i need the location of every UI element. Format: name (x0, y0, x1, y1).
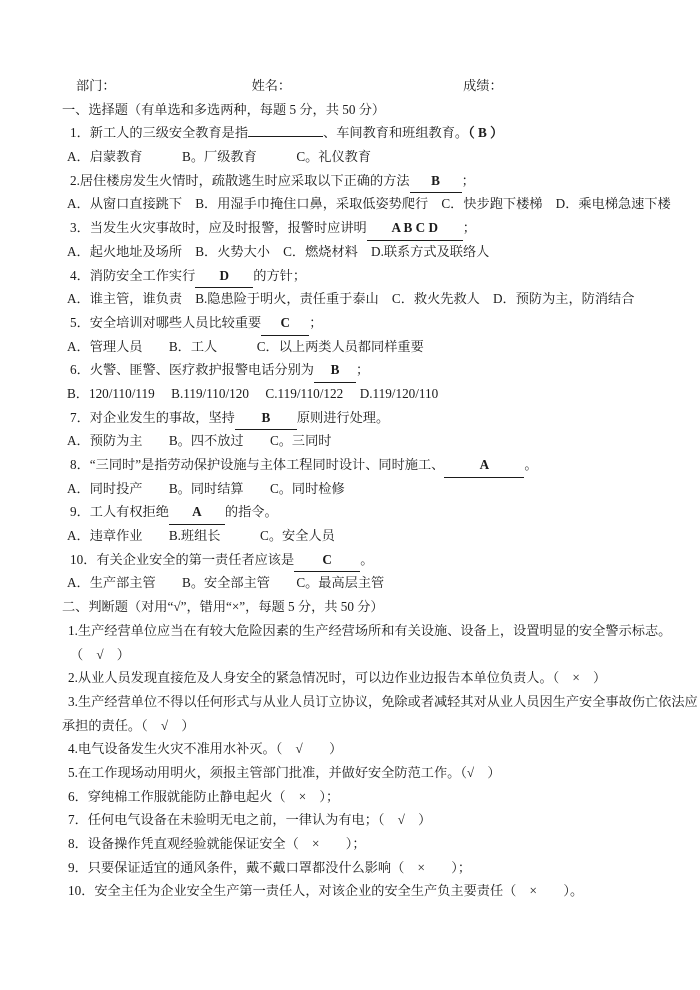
choice-question-4: 4．消防安全工作实行D的方针； (62, 264, 668, 288)
choice-question-4-answer-blank: D (195, 264, 253, 289)
question-text: 10．有关企业安全的第一责任者应该是 (70, 552, 294, 567)
choice-question-9-answer-blank: A (169, 500, 225, 525)
choice-question-10-options: A．生产部主管 B。安全部主管 C。最高层主管 (62, 571, 668, 595)
question-text-post: ； (309, 315, 322, 330)
exam-document: 部门：姓名：成绩： 一、选择题（有单选和多选两种，每题 5 分，共 50 分） … (62, 74, 668, 903)
judgment-question-4: 4.电气设备发生火灾不准用水补灭。（ √ ） (62, 737, 668, 761)
choice-question-3: 3．当发生火灾事故时，应及时报警，报警时应讲明A B C D； (62, 216, 668, 240)
question-text: 4．消防安全工作实行 (70, 268, 195, 283)
section2-title: 二、判断题（对用“√”，错用“×”，每题 5 分，共 50 分） (62, 595, 668, 619)
choice-question-10-answer-blank: C (294, 548, 360, 573)
judgment-question-3-cont: 承担的责任。（ √ ） (62, 714, 668, 738)
choice-question-6-answer-blank: B (314, 358, 356, 383)
choice-question-10: 10．有关企业安全的第一责任者应该是C。 (62, 548, 668, 572)
choice-question-1-answer: （ B ） (468, 125, 503, 140)
choice-question-1-options: A．启蒙教育 B。厂级教育 C。礼仪教育 (62, 145, 668, 169)
judgment-question-9: 9．只要保证适宜的通风条件，戴不戴口罩都没什么影响（ × ）； (62, 856, 668, 880)
question-text-post: 。 (360, 552, 373, 567)
question-text-post: 的指令。 (225, 504, 278, 519)
choice-question-8-answer-blank: A (444, 453, 524, 478)
choice-question-9-options: A．违章作业 B.班组长 C。安全人员 (62, 524, 668, 548)
choice-question-1: 1．新工人的三级安全教育是指、车间教育和班组教育。（ B ） (62, 121, 668, 145)
question-text-post: ； (463, 220, 476, 235)
choice-question-5-answer-blank: C (261, 311, 309, 336)
question-text-post: 的方针； (253, 268, 306, 283)
question-text: 2.居住楼房发生火情时，疏散逃生时应采取以下正确的方法 (70, 173, 410, 188)
choice-question-7-options: A．预防为主 B。四不放过 C。三同时 (62, 429, 668, 453)
judgment-question-6: 6．穿纯棉工作服就能防止静电起火（ × ）； (62, 785, 668, 809)
question-text: 3．当发生火灾事故时，应及时报警，报警时应讲明 (70, 220, 367, 235)
choice-question-3-answer-blank: A B C D (367, 216, 463, 241)
choice-question-2-answer-blank: B (410, 169, 462, 194)
department-label: 部门： (76, 74, 116, 98)
question-text-post: ； (356, 362, 369, 377)
choice-question-9: 9．工人有权拒绝A的指令。 (62, 500, 668, 524)
question-text: 5．安全培训对哪些人员比较重要 (70, 315, 261, 330)
judgment-question-5: 5.在工作现场动用明火，须报主管部门批准，并做好安全防范工作。（√ ） (62, 761, 668, 785)
question-text-post: 原则进行处理。 (297, 410, 389, 425)
choice-question-1-answer-blank (248, 136, 323, 137)
choice-question-7-answer-blank: B (235, 406, 297, 431)
judgment-question-3: 3.生产经营单位不得以任何形式与从业人员订立协议，免除或者减轻其对从业人员因生产… (62, 690, 668, 714)
question-text: 8．“三同时”是指劳动保护设施与主体工程同时设计、同时施工、 (70, 457, 444, 472)
question-text: 1．新工人的三级安全教育是指 (70, 125, 248, 140)
question-text: 6．火警、匪警、医疗救护报警电话分别为 (70, 362, 314, 377)
section1-title: 一、选择题（有单选和多选两种，每题 5 分，共 50 分） (62, 98, 668, 122)
question-text: 9．工人有权拒绝 (70, 504, 169, 519)
choice-question-6-options: B．120/110/119 B.119/110/120 C.119/110/12… (62, 382, 668, 406)
choice-question-3-options: A．起火地址及场所 B．火势大小 C．燃烧材料 D.联系方式及联络人 (62, 240, 668, 264)
judgment-question-2: 2.从业人员发现直接危及人身安全的紧急情况时，可以边作业边报告本单位负责人。（ … (62, 666, 668, 690)
judgment-question-8: 8．设备操作凭直观经验就能保证安全（ × ）； (62, 832, 668, 856)
judgment-question-10: 10．安全主任为企业安全生产第一责任人，对该企业的安全生产负主要责任（ × ）。 (62, 879, 668, 903)
question-text-post: ； (462, 173, 475, 188)
choice-question-4-options: A．谁主管，谁负责 B.隐患险于明火，责任重于泰山 C．救火先救人 D．预防为主… (62, 287, 668, 311)
document-header: 部门：姓名：成绩： (62, 74, 668, 98)
name-label: 姓名： (252, 74, 292, 98)
judgment-question-1: 1.生产经营单位应当在有较大危险因素的生产经营场所和有关设施、设备上，设置明显的… (62, 619, 668, 643)
choice-question-7: 7．对企业发生的事故，坚持B原则进行处理。 (62, 406, 668, 430)
question-text: 7．对企业发生的事故，坚持 (70, 410, 235, 425)
choice-question-8-options: A．同时投产 B。同时结算 C。同时检修 (62, 477, 668, 501)
choice-question-8: 8．“三同时”是指劳动保护设施与主体工程同时设计、同时施工、A。 (62, 453, 668, 477)
choice-question-5: 5．安全培训对哪些人员比较重要C； (62, 311, 668, 335)
judgment-question-1-answer: （ √ ） (62, 643, 668, 667)
choice-question-2: 2.居住楼房发生火情时，疏散逃生时应采取以下正确的方法B； (62, 169, 668, 193)
choice-question-6: 6．火警、匪警、医疗救护报警电话分别为B； (62, 358, 668, 382)
score-label: 成绩： (463, 74, 503, 98)
choice-question-5-options: A．管理人员 B．工人 C．以上两类人员都同样重要 (62, 335, 668, 359)
question-text-post: 。 (524, 457, 537, 472)
choice-question-2-options: A．从窗口直接跳下 B．用湿手巾掩住口鼻，采取低姿势爬行 C．快步跑下楼梯 D．… (62, 192, 668, 216)
judgment-question-7: 7．任何电气设备在未验明无电之前，一律认为有电；（ √ ） (62, 808, 668, 832)
question-text-post: 、车间教育和班组教育。 (323, 125, 468, 140)
